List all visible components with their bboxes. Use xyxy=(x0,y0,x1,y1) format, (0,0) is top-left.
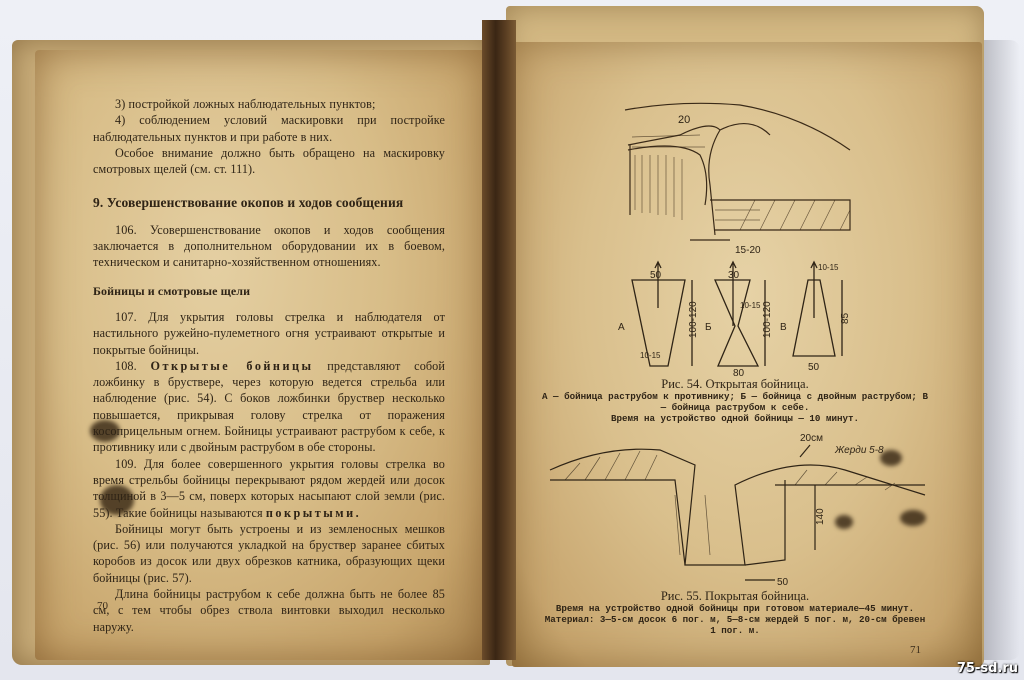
svg-text:20см: 20см xyxy=(800,433,823,444)
svg-text:20: 20 xyxy=(678,114,690,126)
svg-text:100-120: 100-120 xyxy=(762,301,773,338)
figure-55-time: Время на устройство одной бойницы при го… xyxy=(540,603,930,614)
svg-text:100-120: 100-120 xyxy=(688,301,699,338)
svg-text:30: 30 xyxy=(728,270,740,281)
svg-text:85: 85 xyxy=(840,312,850,324)
svg-text:15-20: 15-20 xyxy=(735,245,761,255)
svg-text:50: 50 xyxy=(808,362,820,373)
paragraph-110: Бойницы могут быть устроены и из землено… xyxy=(93,521,445,586)
figure-55-materials: Материал: 3—5-см досок 6 пог. м, 5—8-см … xyxy=(540,614,930,636)
svg-text:Жерди 5-8: Жерди 5-8 xyxy=(834,445,884,456)
figure-55-title: Рис. 55. Покрытая бойница. xyxy=(540,590,930,603)
page-number-right: 71 xyxy=(910,644,921,656)
paragraph-109: 109. Для более совершенного укрытия голо… xyxy=(93,456,445,521)
left-page-text: 3) постройкой ложных наблюдательных пунк… xyxy=(93,96,445,635)
svg-text:50: 50 xyxy=(777,577,789,588)
svg-text:10-15: 10-15 xyxy=(740,301,761,310)
term-covered: покрытыми. xyxy=(266,506,361,520)
note-paragraph: Особое внимание должно быть обращено на … xyxy=(93,145,445,178)
figure-54-parapet-drawing: 20 15-20 xyxy=(620,95,860,255)
book-photo: 3) постройкой ложных наблюдательных пунк… xyxy=(0,0,1024,680)
svg-text:Б: Б xyxy=(705,322,712,333)
watermark: 75-sd.ru xyxy=(957,661,1018,676)
figure-54-caption: Рис. 54. Открытая бойница. А — бойница р… xyxy=(540,378,930,424)
figure-54-legend: А — бойница раструбом к противнику; Б — … xyxy=(540,391,930,413)
figure-54-title: Рис. 54. Открытая бойница. xyxy=(540,378,930,391)
paragraph-108: 108. Открытые бойницы представляют собой… xyxy=(93,358,445,456)
page-number-left: 70 xyxy=(97,600,108,612)
svg-text:140: 140 xyxy=(815,508,826,525)
svg-text:В: В xyxy=(780,322,787,333)
section-heading: 9. Усовершенствование окопов и ходов соо… xyxy=(93,195,445,211)
figure-54-time: Время на устройство одной бойницы — 10 м… xyxy=(540,413,930,424)
svg-text:50: 50 xyxy=(650,270,662,281)
book-spine xyxy=(482,20,516,660)
list-item-4: 4) соблюдением условий маскировки при по… xyxy=(93,112,445,145)
svg-text:10-15: 10-15 xyxy=(640,351,661,360)
list-item-3: 3) постройкой ложных наблюдательных пунк… xyxy=(93,96,445,112)
subheading: Бойницы и смотровые щели xyxy=(93,283,445,299)
paragraph-106: 106. Усовершенствование окопов и ходов с… xyxy=(93,222,445,271)
svg-text:10-15: 10-15 xyxy=(818,263,839,272)
figure-54-loophole-plans: 50 100-120 10-15 А 30 10-15 100-120 80 Б… xyxy=(610,258,850,378)
figure-55-covered-loophole-section: 20см Жерди 5-8 140 50 xyxy=(545,425,935,590)
paragraph-107: 107. Для укрытия головы стрелка и наблюд… xyxy=(93,309,445,358)
figure-55-caption: Рис. 55. Покрытая бойница. Время на устр… xyxy=(540,590,930,636)
paragraph-length: Длина бойницы раструбом к себе должна бы… xyxy=(93,586,445,635)
svg-text:А: А xyxy=(618,322,625,333)
term-open-loopholes: Открытые бойницы xyxy=(151,359,314,373)
